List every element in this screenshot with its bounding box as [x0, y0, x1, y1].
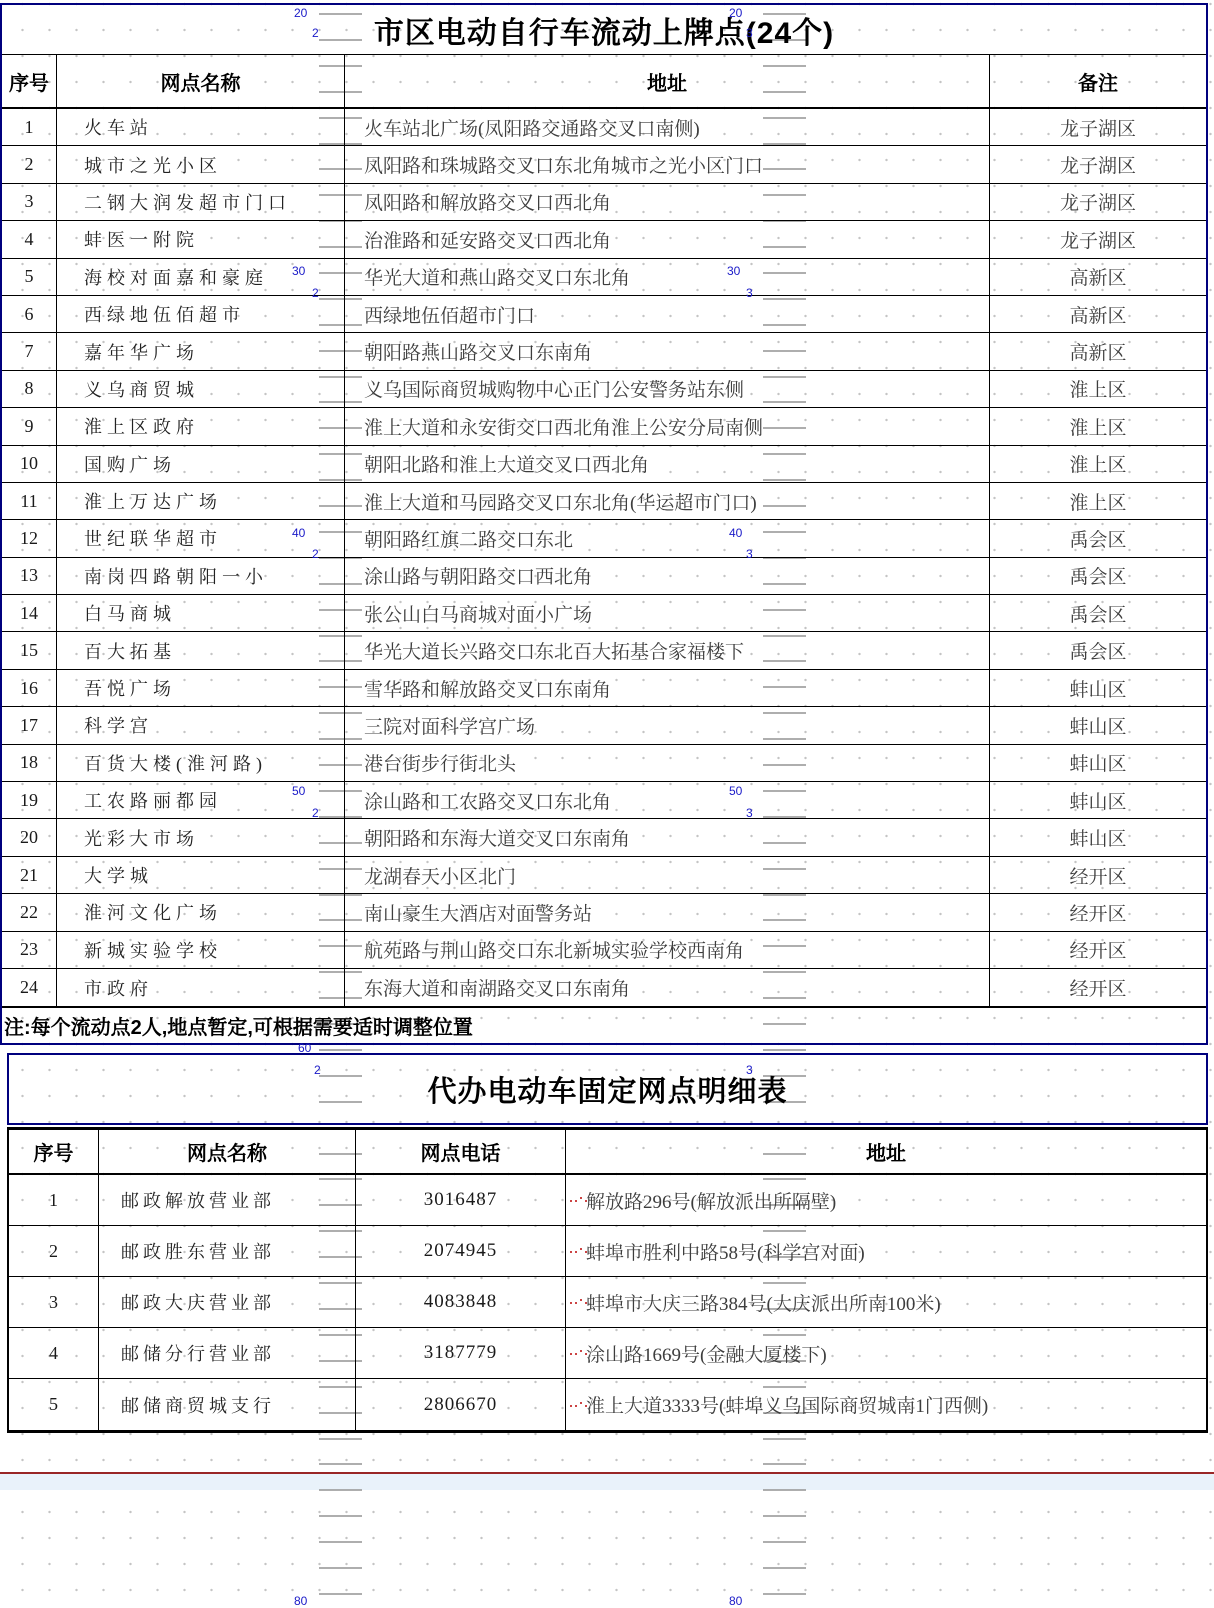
table1-header-1: 网点名称	[57, 54, 345, 109]
row-phone: 3016487	[356, 1175, 566, 1226]
page-break-number: 3	[746, 26, 753, 40]
page-break-number: 60	[298, 1041, 311, 1055]
table2-header-3: 地址	[566, 1129, 1206, 1175]
row-address: 义乌国际商贸城购物中心正门公安警务站东侧	[345, 371, 990, 408]
row-site-name: 城市之光小区	[57, 146, 345, 183]
row-seq: 23	[2, 932, 57, 969]
row-phone: 2074945	[356, 1226, 566, 1277]
table1-footnote: 注:每个流动点2人,地点暂定,可根据需要适时调整位置	[2, 1006, 1206, 1043]
row-district: 蚌山区	[990, 670, 1206, 707]
row-site-name: 西绿地伍佰超市	[57, 296, 345, 333]
row-seq: 3	[9, 1277, 99, 1328]
page-break-number: 30	[727, 264, 740, 278]
row-address: 华光大道长兴路交口东北百大拓基合家福楼下	[345, 632, 990, 669]
row-site-name: 科学宫	[57, 707, 345, 744]
page-break-dash	[319, 1463, 362, 1465]
row-address: 凤阳路和珠城路交叉口东北角城市之光小区门口	[345, 146, 990, 183]
row-district: 龙子湖区	[990, 146, 1206, 183]
row-address: 涂山路1669号(金融大厦楼下)	[566, 1328, 1206, 1379]
row-address: 蚌埠市大庆三路384号(大庆派出所南100米)	[566, 1277, 1206, 1328]
row-branch-name: 邮政胜东营业部	[99, 1226, 356, 1277]
row-district: 蚌山区	[990, 707, 1206, 744]
row-seq: 10	[2, 446, 57, 483]
row-address: 雪华路和解放路交叉口东南角	[345, 670, 990, 707]
page-break-number: 20	[294, 6, 307, 20]
row-district: 蚌山区	[990, 782, 1206, 819]
row-seq: 12	[2, 520, 57, 557]
row-district: 龙子湖区	[990, 221, 1206, 258]
comment-dots-icon	[570, 1302, 572, 1304]
row-address: 涂山路与朝阳路交口西北角	[345, 558, 990, 595]
row-phone: 3187779	[356, 1328, 566, 1379]
table1-grid: 序号网点名称地址备注1火车站火车站北广场(凤阳路交通路交叉口南侧)龙子湖区2城市…	[2, 54, 1206, 1043]
row-seq: 20	[2, 819, 57, 856]
table1-header-2: 地址	[345, 54, 990, 109]
row-district: 高新区	[990, 296, 1206, 333]
row-address: 火车站北广场(凤阳路交通路交叉口南侧)	[345, 109, 990, 146]
row-seq: 4	[2, 221, 57, 258]
row-site-name: 百货大楼(淮河路)	[57, 745, 345, 782]
row-seq: 8	[2, 371, 57, 408]
row-site-name: 光彩大市场	[57, 819, 345, 856]
page-break-number: 2	[314, 1063, 321, 1077]
row-address: 治淮路和延安路交叉口西北角	[345, 221, 990, 258]
row-address: 解放路296号(解放派出所隔壁)	[566, 1175, 1206, 1226]
row-branch-name: 邮政大庆营业部	[99, 1277, 356, 1328]
row-district: 龙子湖区	[990, 109, 1206, 146]
row-branch-name: 邮储分行营业部	[99, 1328, 356, 1379]
row-address: 淮上大道3333号(蚌埠义乌国际商贸城南1门西侧)	[566, 1379, 1206, 1430]
row-address: 华光大道和燕山路交叉口东北角	[345, 259, 990, 296]
row-seq: 9	[2, 408, 57, 445]
row-seq: 22	[2, 894, 57, 931]
page-break-dash	[763, 1049, 806, 1051]
table1-title: 市区电动自行车流动上牌点(24个)	[2, 5, 1206, 54]
page-break-number: 80	[294, 1594, 307, 1608]
row-address: 南山豪生大酒店对面警务站	[345, 894, 990, 931]
row-seq: 18	[2, 745, 57, 782]
row-address: 东海大道和南湖路交叉口东南角	[345, 969, 990, 1006]
row-branch-name: 邮储商贸城支行	[99, 1379, 356, 1430]
page-break-dash	[763, 1541, 806, 1543]
table2-grid: 序号网点名称网点电话地址1邮政解放营业部3016487解放路296号(解放派出所…	[9, 1129, 1206, 1430]
row-district: 淮上区	[990, 371, 1206, 408]
row-district: 淮上区	[990, 483, 1206, 520]
page-break-dash	[763, 1489, 806, 1491]
row-seq: 3	[2, 184, 57, 221]
row-address: 西绿地伍佰超市门口	[345, 296, 990, 333]
row-seq: 5	[2, 259, 57, 296]
row-address: 朝阳路燕山路交叉口东南角	[345, 333, 990, 370]
row-district: 经开区	[990, 969, 1206, 1006]
row-seq: 2	[9, 1226, 99, 1277]
row-seq: 2	[2, 146, 57, 183]
row-district: 淮上区	[990, 408, 1206, 445]
page-break-number: 40	[292, 526, 305, 540]
page-break-number: 2	[312, 26, 319, 40]
row-site-name: 淮上万达广场	[57, 483, 345, 520]
highlight-band	[0, 1474, 1214, 1490]
row-site-name: 义乌商贸城	[57, 371, 345, 408]
row-district: 经开区	[990, 857, 1206, 894]
row-address: 淮上大道和永安街交口西北角淮上公安分局南侧	[345, 408, 990, 445]
page-break-dash	[763, 1515, 806, 1517]
spreadsheet-page: 20202330302340402350502360238080 市区电动自行车…	[0, 0, 1214, 1608]
table2-frame: 序号网点名称网点电话地址1邮政解放营业部3016487解放路296号(解放派出所…	[7, 1127, 1208, 1433]
row-address: 航苑路与荆山路交口东北新城实验学校西南角	[345, 932, 990, 969]
row-seq: 21	[2, 857, 57, 894]
page-break-number: 2	[312, 806, 319, 820]
table2-header-0: 序号	[9, 1129, 99, 1175]
row-site-name: 吾悦广场	[57, 670, 345, 707]
comment-dots-icon	[570, 1251, 572, 1253]
row-seq: 17	[2, 707, 57, 744]
row-site-name: 新城实验学校	[57, 932, 345, 969]
row-address: 凤阳路和解放路交叉口西北角	[345, 184, 990, 221]
page-break-red-line	[0, 1472, 1214, 1474]
page-break-number: 3	[746, 806, 753, 820]
page-break-number: 50	[729, 784, 742, 798]
table1-header-3: 备注	[990, 54, 1206, 109]
row-address: 港台街步行街北头	[345, 745, 990, 782]
page-break-dash	[763, 1593, 806, 1595]
row-district: 蚌山区	[990, 819, 1206, 856]
row-district: 禹会区	[990, 520, 1206, 557]
page-break-number: 3	[746, 1063, 753, 1077]
row-address: 涂山路和工农路交叉口东北角	[345, 782, 990, 819]
row-seq: 4	[9, 1328, 99, 1379]
page-break-dash	[319, 1049, 362, 1051]
row-address: 龙湖春天小区北门	[345, 857, 990, 894]
row-address: 淮上大道和马园路交叉口东北角(华运超市门口)	[345, 483, 990, 520]
row-branch-name: 邮政解放营业部	[99, 1175, 356, 1226]
row-site-name: 火车站	[57, 109, 345, 146]
page-break-dash	[319, 1515, 362, 1517]
row-district: 龙子湖区	[990, 184, 1206, 221]
row-seq: 6	[2, 296, 57, 333]
row-site-name: 淮河文化广场	[57, 894, 345, 931]
row-address: 蚌埠市胜利中路58号(科学宫对面)	[566, 1226, 1206, 1277]
comment-dots-icon	[570, 1405, 572, 1407]
row-site-name: 蚌医一附院	[57, 221, 345, 258]
row-site-name: 百大拓基	[57, 632, 345, 669]
page-break-dash	[319, 1567, 362, 1569]
row-seq: 24	[2, 969, 57, 1006]
comment-dots-icon	[570, 1353, 572, 1355]
page-break-number: 3	[746, 547, 753, 561]
row-seq: 1	[2, 109, 57, 146]
row-phone: 2806670	[356, 1379, 566, 1430]
row-address: 朝阳路红旗二路交口东北	[345, 520, 990, 557]
page-break-dash	[763, 1567, 806, 1569]
row-site-name: 市政府	[57, 969, 345, 1006]
page-break-number: 80	[729, 1594, 742, 1608]
row-address: 三院对面科学宫广场	[345, 707, 990, 744]
row-district: 高新区	[990, 333, 1206, 370]
page-break-dash	[763, 1438, 806, 1440]
page-break-number: 20	[729, 6, 742, 20]
page-break-dash	[319, 1438, 362, 1440]
table2-title: 代办电动车固定网点明细表	[7, 1053, 1208, 1125]
row-seq: 15	[2, 632, 57, 669]
comment-dots-icon	[570, 1200, 572, 1202]
row-seq: 14	[2, 595, 57, 632]
row-site-name: 南岗四路朝阳一小	[57, 558, 345, 595]
table2-header-1: 网点名称	[99, 1129, 356, 1175]
row-seq: 13	[2, 558, 57, 595]
row-phone: 4083848	[356, 1277, 566, 1328]
row-address: 张公山白马商城对面小广场	[345, 595, 990, 632]
table1-header-0: 序号	[2, 54, 57, 109]
row-seq: 11	[2, 483, 57, 520]
row-district: 禹会区	[990, 595, 1206, 632]
row-address: 朝阳北路和淮上大道交叉口西北角	[345, 446, 990, 483]
row-address: 朝阳路和东海大道交叉口东南角	[345, 819, 990, 856]
row-seq: 19	[2, 782, 57, 819]
row-district: 经开区	[990, 932, 1206, 969]
row-site-name: 国购广场	[57, 446, 345, 483]
page-break-number: 2	[312, 547, 319, 561]
row-site-name: 大学城	[57, 857, 345, 894]
row-district: 淮上区	[990, 446, 1206, 483]
page-break-dash	[319, 1541, 362, 1543]
page-break-dash	[319, 1593, 362, 1595]
row-seq: 1	[9, 1175, 99, 1226]
row-seq: 16	[2, 670, 57, 707]
table-mobile-licensing-points: 市区电动自行车流动上牌点(24个) 序号网点名称地址备注1火车站火车站北广场(凤…	[0, 3, 1208, 1045]
row-site-name: 嘉年华广场	[57, 333, 345, 370]
row-site-name: 二钢大润发超市门口	[57, 184, 345, 221]
page-break-number: 40	[729, 526, 742, 540]
page-break-number: 30	[292, 264, 305, 278]
row-site-name: 淮上区政府	[57, 408, 345, 445]
table-fixed-agency-points: 代办电动车固定网点明细表 序号网点名称网点电话地址1邮政解放营业部3016487…	[7, 1053, 1208, 1433]
page-break-dash	[763, 1463, 806, 1465]
page-break-dash	[319, 1489, 362, 1491]
row-district: 高新区	[990, 259, 1206, 296]
row-district: 禹会区	[990, 558, 1206, 595]
row-seq: 7	[2, 333, 57, 370]
page-break-number: 50	[292, 784, 305, 798]
row-seq: 5	[9, 1379, 99, 1430]
row-district: 蚌山区	[990, 745, 1206, 782]
table2-header-2: 网点电话	[356, 1129, 566, 1175]
row-district: 经开区	[990, 894, 1206, 931]
row-site-name: 白马商城	[57, 595, 345, 632]
page-break-number: 3	[746, 286, 753, 300]
row-district: 禹会区	[990, 632, 1206, 669]
page-break-number: 2	[312, 286, 319, 300]
